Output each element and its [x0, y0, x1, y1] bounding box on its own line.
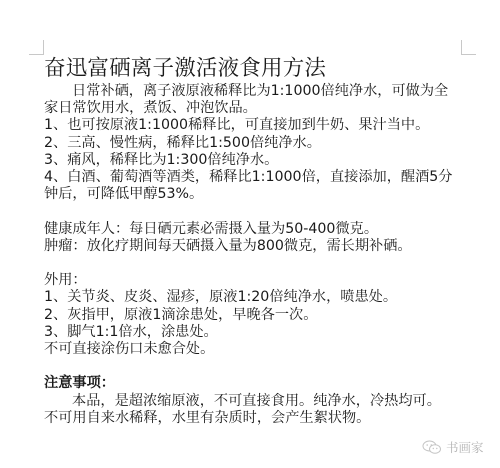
notes-line-2: 不可用自来水稀释，水里有杂质时，会产生絮状物。 — [44, 410, 464, 427]
external-item-2: 2、灰指甲，原液1滴涂患处，早晚各一次。 — [44, 307, 464, 324]
external-heading: 外用： — [44, 272, 464, 289]
intake-adult: 健康成年人：每日硒元素必需摄入量为50-400微克。 — [44, 221, 464, 238]
internal-item-3: 3、痛风，稀释比为1:300倍纯净水。 — [44, 152, 464, 169]
internal-item-4-continued: 钟后，可降低甲醇53%。 — [44, 186, 464, 203]
watermark: 书画家 — [422, 438, 484, 456]
notes-line-1: 本品，是超浓缩原液，不可直接食用。纯净水，冷热均可。 — [44, 393, 464, 410]
intake-tumor: 肿瘤：放化疗期间每天硒摄入量为800微克，需长期补硒。 — [44, 238, 464, 255]
spacer — [44, 203, 464, 220]
external-item-3: 3、脚气1:1倍水，涂患处。 — [44, 324, 464, 341]
intro-line-1: 日常补硒，离子液原液稀释比为1:1000倍纯净水，可做为全 — [44, 83, 464, 100]
document-title: 奋迅富硒离子激活液食用方法 — [44, 56, 464, 82]
spacer — [44, 358, 464, 375]
notes-heading: 注意事项： — [44, 375, 464, 392]
wechat-icon — [422, 440, 442, 455]
page-corner-mark-top-right — [461, 40, 476, 55]
external-warning: 不可直接涂伤口未愈合处。 — [44, 341, 464, 358]
internal-item-1: 1、也可按原液1:1000稀释比，可直接加到牛奶、果汁当中。 — [44, 117, 464, 134]
document-page: 奋迅富硒离子激活液食用方法 日常补硒，离子液原液稀释比为1:1000倍纯净水，可… — [44, 56, 464, 427]
watermark-label: 书画家 — [446, 438, 484, 456]
page-corner-mark-top-left — [29, 40, 44, 55]
spacer — [44, 255, 464, 272]
internal-item-2: 2、三高、慢性病，稀释比1:500倍纯净水。 — [44, 135, 464, 152]
internal-item-4: 4、白酒、葡萄酒等酒类，稀释比1:1000倍，直接添加，醒酒5分 — [44, 169, 464, 186]
external-item-1: 1、关节炎、皮炎、湿疹，原液1:20倍纯净水，喷患处。 — [44, 289, 464, 306]
intro-line-2: 家日常饮用水，煮饭、冲泡饮品。 — [44, 100, 464, 117]
